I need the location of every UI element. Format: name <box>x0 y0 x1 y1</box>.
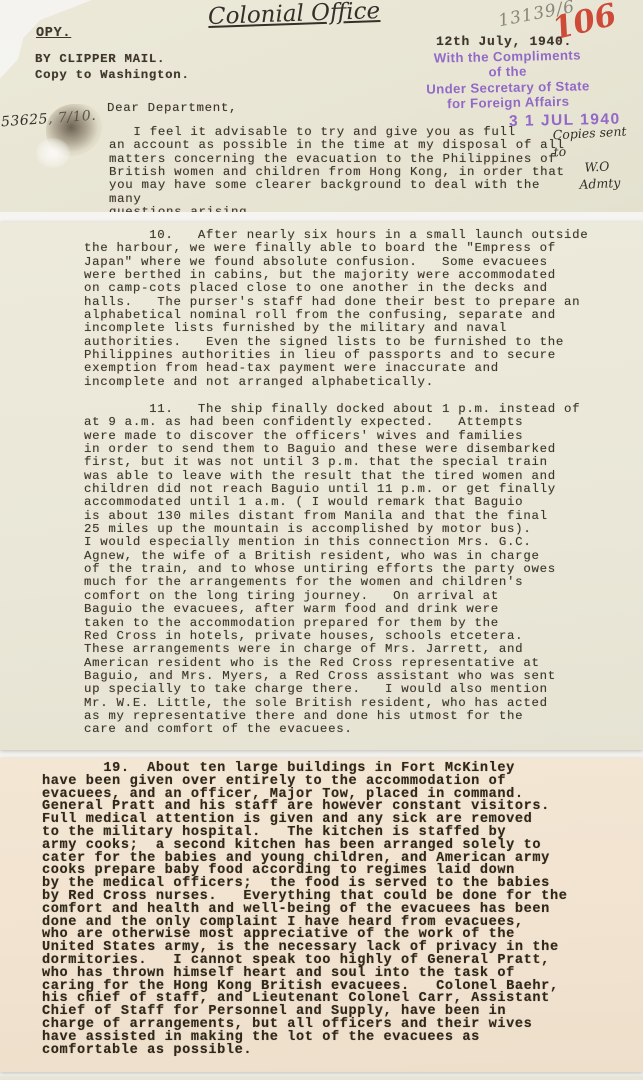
compliments-stamp: With the Compliments of the Under Secret… <box>387 46 629 131</box>
margin-note-line-3: Admty <box>555 173 643 195</box>
salutation: Dear Department, <box>107 102 237 115</box>
letter-fragment-bottom: 19. About ten large buildings in Fort Mc… <box>0 758 643 1072</box>
date-line: 12th July, 1940. <box>436 35 572 48</box>
paragraph-11: 11. The ship finally docked about 1 p.m.… <box>84 403 594 737</box>
margin-note-line-1: Copies sent to <box>552 122 643 161</box>
handwritten-colonial-office: Colonial Office <box>208 0 381 30</box>
letter-fragment-top: Colonial Office 13139/6 106 OPY. 12th Ju… <box>0 0 643 212</box>
paragraph-10: 10. After nearly six hours in a small la… <box>84 229 594 389</box>
mail-method-line: BY CLIPPER MAIL. <box>35 53 165 66</box>
copy-to-washington-line: Copy to Washington. <box>35 69 190 82</box>
copies-sent-margin-note: Copies sent to W.O Admty <box>552 122 643 195</box>
scanned-letter-page: { "colors": { "paper_top": "#e9e6d5", "p… <box>0 0 643 1080</box>
paper-tear-patch <box>36 138 70 168</box>
letter-fragment-middle: 10. After nearly six hours in a small la… <box>0 222 643 750</box>
next-fragment-edge <box>0 1076 643 1080</box>
copy-label: OPY. <box>36 27 71 40</box>
intro-paragraph: I feel it advisable to try and give you … <box>109 126 575 219</box>
paragraph-19: 19. About ten large buildings in Fort Mc… <box>42 763 614 1057</box>
